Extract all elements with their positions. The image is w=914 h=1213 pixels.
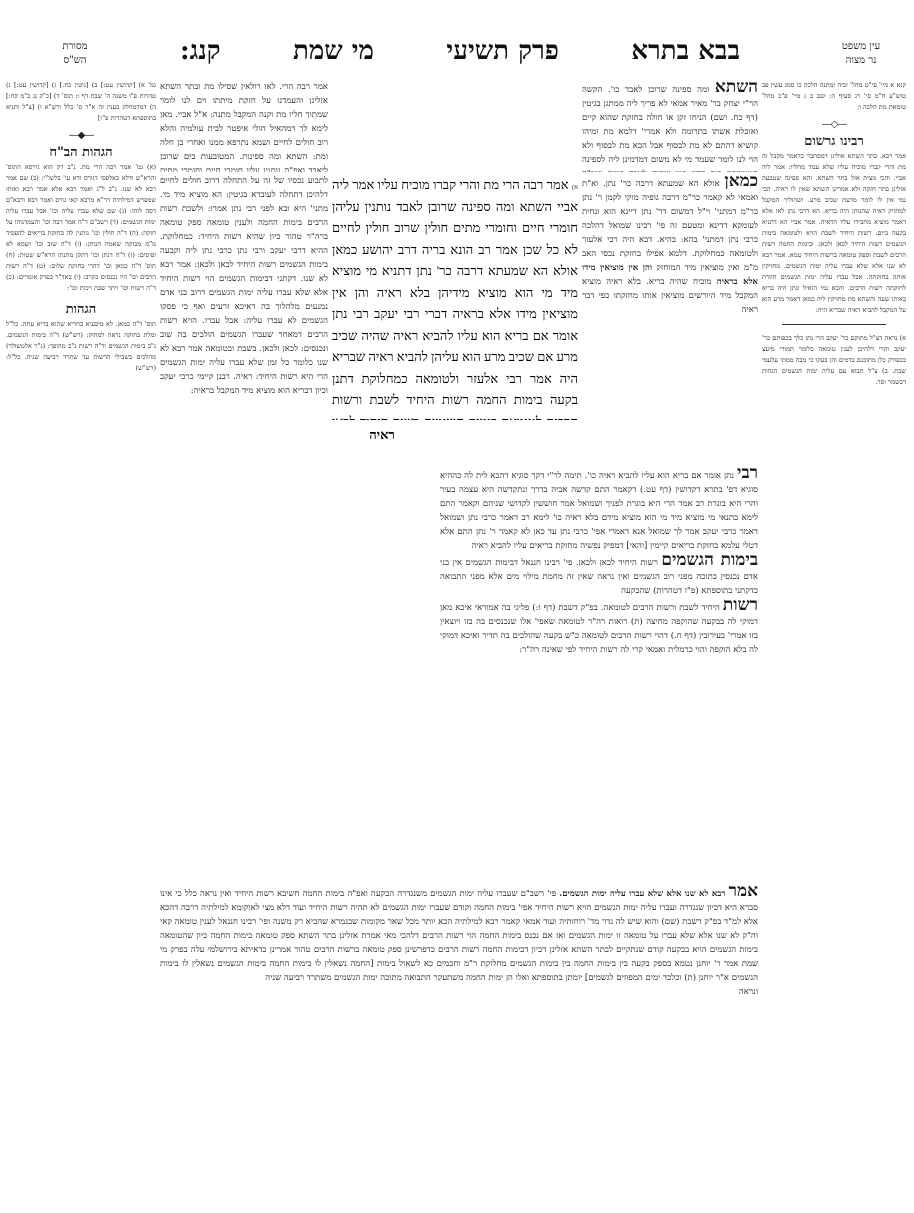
masoret-hashas-text: גמ' א) [קדושין עט:] ב) [גיטין כח.] ג) [ק… <box>6 80 156 124</box>
masoret-hashas-heading: מסורת הש"ס <box>30 40 120 68</box>
tosafot-reshut-head: רשות <box>723 595 758 615</box>
chapter-name: מי שמת <box>293 36 374 66</box>
folio-number: קנג: <box>180 36 221 66</box>
tosafot-top-text: ומה ספינה שרובן לאבד כו'. הקשה הר"י יצחק… <box>582 85 758 172</box>
hagahot-text: תוס' ד"ה כמאן. לא מיבעיא בחריא שהוא בריא… <box>6 319 156 374</box>
tosafot-bimot: בימות הגשמים רשות היחיד לכאן ולכאן. פי' … <box>440 553 758 598</box>
hagahot-habach-text: (א) גמ' אמר רבה הרי מת. נ"ב רק הוא גירסא… <box>6 162 156 294</box>
tosafot-last-word: ונראה <box>160 985 758 999</box>
hashas-label: הש"ס <box>30 54 120 68</box>
tractate-name: בבא בתרא <box>631 36 740 66</box>
tosafot-dibbur-hamatchil: השתא <box>715 80 758 97</box>
tosafot-kmaan-text: אולא הא שמעתא דרבה כר' נתן. וא"ת ואמאי ל… <box>582 179 758 273</box>
tosafot-rabbi-head: רבי <box>737 466 758 483</box>
gemara-main-text: א) אמר רבה הרי מת והרי קברו מוכיח עליו א… <box>332 174 578 420</box>
right-margin-column: קנא א מיי' פי"ט מהל' זכיה ומתנה הלכה כו … <box>762 80 906 980</box>
talmud-page: עין משפט נר מצוה בבא בתרא פרק תשיעי מי ש… <box>0 0 914 1213</box>
tosafot-reshut-text: היחיד לשבת ורשות הרבים לטומאה. בפ"ק דשבת… <box>440 603 758 655</box>
tosafot-rabbi-text: נתן אומר אם בריא הוא עליו להביא ראיה כו'… <box>440 471 758 551</box>
chapter-number: פרק תשיעי <box>446 36 559 66</box>
rashi-top: אמר רבה הרי. לאו רולאין שסילו מת ובתר הש… <box>160 80 328 172</box>
rashi-top-text: אמר רבה הרי. לאו רולאין שסילו מת ובתר הש… <box>160 82 328 172</box>
page-header: עין משפט נר מצוה בבא בתרא פרק תשיעי מי ש… <box>0 36 914 76</box>
tosafot-side-lower: רבי נתן אומר אם בריא הוא עליו להביא ראיה… <box>440 466 758 882</box>
tosafot-top: השתא ומה ספינה שרובן לאבד כו'. הקשה הר"י… <box>582 80 758 172</box>
right-margin-footnotes: א) נראה דצ"ל מתוקם כר' יעקב הרי נתן כלך … <box>762 333 906 388</box>
rabbeinu-gershom-text: אמר רבא. בתר השתא אוליגן דמסתבר כדאמר מק… <box>762 151 906 316</box>
gemara-lines: אמר רבה הרי מת והרי קברו מוכיח עליו אמר … <box>332 177 578 420</box>
left-margin-column: גמ' א) [קדושין עט:] ב) [גיטין כח.] ג) [ק… <box>6 80 156 1080</box>
tosafot-amar-bold: רבא לא שנו אלא שלא עברו עליה ימות הגשמים… <box>559 889 725 899</box>
ein-mishpat-heading: עין משפט נר מצוה <box>816 40 906 68</box>
rabbeinu-gershom-title: רבינו גרשום <box>762 136 906 147</box>
tosafot-reshut: רשות היחיד לשבת ורשות הרבים לטומאה. בפ"ק… <box>440 598 758 657</box>
ornament-divider-left: —◆— <box>6 130 156 141</box>
footnote-marker: א) <box>572 184 578 191</box>
ornament-divider: —◇— <box>762 119 906 130</box>
hagahot-habach-title: הגהות הב"ח <box>6 147 156 158</box>
rashi-side-text: לתבוע נכסיו של זה על התחלה דרוב חולים לח… <box>160 176 328 396</box>
footnote-divider <box>782 324 886 325</box>
rashi-side-upper: לתבוע נכסיו של זה על התחלה דרוב חולים לח… <box>160 174 328 882</box>
ein-mishpat-label: עין משפט <box>816 40 906 54</box>
masoret-label: מסורת <box>30 40 120 54</box>
ein-mishpat-text: קנא א מיי' פי"ט מהל' זכיה ומתנה הלכה כו … <box>762 80 906 113</box>
tosafot-amar-head: אמר <box>729 884 758 901</box>
tosafot-side-upper: כמאן אולא הא שמעתא דרבה כר' נתן. וא"ת וא… <box>582 174 758 464</box>
tosafot-bimot-head: בימות הגשמים <box>661 550 758 570</box>
tosafot-bottom: אמר רבא לא שנו אלא שלא עברו עליה ימות הג… <box>160 884 758 1084</box>
ner-mitzvah-label: נר מצוה <box>816 54 906 68</box>
catchword: ראיה <box>332 424 432 448</box>
page-title: בבא בתרא פרק תשיעי מי שמת קנג: <box>180 36 740 66</box>
hagahot-title: הגהות <box>6 304 156 315</box>
tosafot-kmaan-head: כמאן <box>724 174 758 191</box>
tosafot-rabbi-natan: רבי נתן אומר אם בריא הוא עליו להביא ראיה… <box>440 466 758 553</box>
